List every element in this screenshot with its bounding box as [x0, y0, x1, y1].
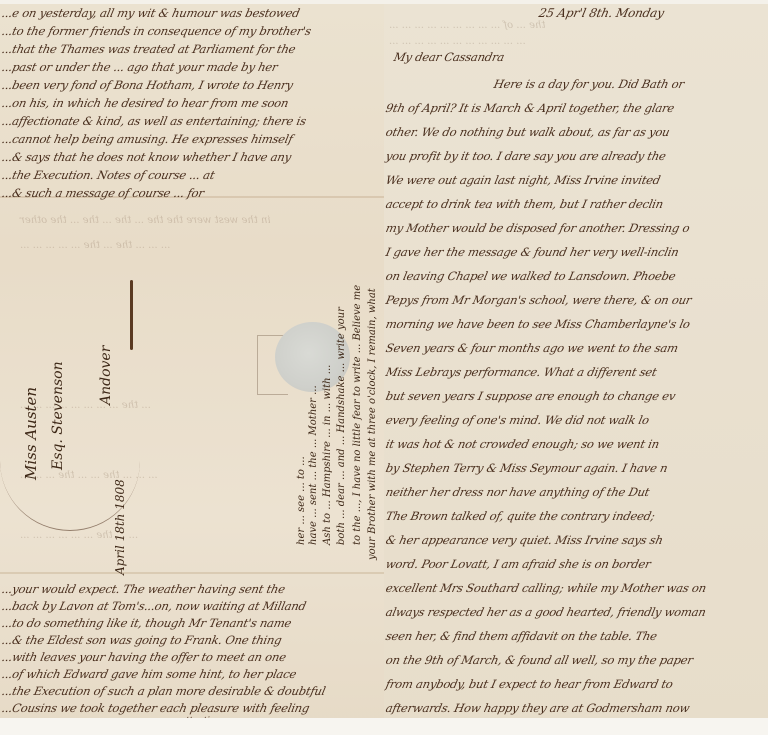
text-line: you profit by it too. I dare say you are…: [385, 149, 668, 163]
text-line: other. We do nothing but walk about, as …: [385, 125, 671, 139]
text-line: but seven years I suppose are enough to …: [385, 389, 677, 403]
cross-written-line: have ... sent ... the ... Mother ...: [308, 385, 319, 545]
bleed-through-text: in the west were the the ... the ... the…: [20, 215, 271, 226]
text-line: accept to drink tea with them, but I rat…: [385, 197, 665, 211]
text-line: ...the Execution. Notes of course ... at: [1, 168, 216, 182]
text-line: seen her, & find them affidavit on the t…: [385, 629, 659, 643]
fold-line: [0, 572, 386, 574]
cross-written-line: both ... dear ... and ... Handshake ... …: [336, 307, 347, 545]
text-line: my Mother would be disposed for another.…: [385, 221, 691, 235]
address-line-3: Andover: [98, 346, 114, 405]
text-line: ...on his, in which he desired to hear f…: [1, 96, 290, 110]
cross-written-line: Ash to ... Hampshire ... in ... with ...: [322, 365, 333, 545]
text-line: Pepys from Mr Morgan's school, were ther…: [385, 293, 693, 307]
text-line: Seven years & four months ago we went to…: [385, 341, 680, 355]
text-line: ...Cousins we took together each pleasur…: [1, 701, 311, 715]
text-line: ...your would expect. The weather having…: [1, 582, 287, 596]
text-line: ...& the Eldest son was going to Frank. …: [1, 633, 283, 647]
bleed-through-text: ... ... ... the ... the ... ... ... ... …: [20, 240, 170, 251]
text-line: neither her dress nor have anything of t…: [385, 485, 651, 499]
left-page: in the west were the the ... the ... the…: [0, 0, 386, 735]
text-line: ...of which Edward gave him some hint, t…: [1, 667, 298, 681]
text-line: ...that the Thames was treated at Parlia…: [1, 42, 297, 56]
text-line: ...with leaves your having the offer to …: [1, 650, 288, 664]
text-line: every feeling of one's mind. We did not …: [385, 413, 651, 427]
text-line: ...to the former friends in consequence …: [1, 24, 313, 38]
text-line: on the 9th of March, & found all well, s…: [385, 653, 695, 667]
letter-scan: in the west were the the ... the ... the…: [0, 0, 768, 735]
cross-written-line: to the ..., I have no little fear to wri…: [352, 285, 363, 545]
text-line: ...cannot help being amusing. He express…: [1, 132, 295, 146]
text-line: ...& says that he does not know whether …: [1, 150, 293, 164]
text-line: by Stephen Terry & Miss Seymour again. I…: [385, 461, 669, 475]
cross-written-line: your Brother with me at three o'clock, I…: [367, 288, 378, 560]
text-line: The Brown talked of, quite the contrary …: [385, 509, 657, 523]
text-line: & her appearance very quiet. Miss Irvine…: [385, 533, 665, 547]
text-line: ...the Execution of such a plan more des…: [1, 684, 327, 698]
text-line: Miss Lebrays performance. What a differe…: [385, 365, 659, 379]
text-line: from anybody, but I expect to hear from …: [385, 677, 675, 691]
text-line: ...to do something like it, though Mr Te…: [1, 616, 293, 630]
text-line: on leaving Chapel we walked to Lansdown.…: [385, 269, 677, 283]
text-line: afterwards. How happy they are at Godmer…: [385, 701, 691, 715]
address-line-2: Esq. Stevenson: [50, 361, 66, 470]
letter-date-heading: 25 Apr'l 8th. Monday: [538, 6, 666, 20]
text-line: morning we have been to see Miss Chamber…: [385, 317, 692, 331]
text-line: ...been very fond of Bona Hotham, I wrot…: [1, 78, 295, 92]
salutation: My dear Cassandra: [393, 50, 506, 64]
cross-written-line: her ... see ... to ...: [296, 456, 307, 545]
text-line: excellent Mrs Southard calling; while my…: [385, 581, 708, 595]
text-line: ...affectionate & kind, as well as enter…: [1, 114, 308, 128]
right-page: the ... of ... ... ... ... ... ... ... .…: [384, 0, 768, 735]
text-line: it was hot & not crowded enough; so we w…: [385, 437, 661, 451]
text-line: always respected her as a good hearted, …: [385, 605, 708, 619]
bleed-through-text: ... ... ... ... ... ... ... ... ... ... …: [389, 36, 526, 47]
text-line: ...& such a message of course ... for: [1, 186, 206, 200]
scan-bottom-margin: [0, 718, 768, 735]
bleed-through-text: the ... of ... ... ... ... ... ... ... .…: [389, 20, 545, 31]
text-line: We were out again last night, Miss Irvin…: [385, 173, 662, 187]
text-line: word. Poor Lovatt, I am afraid she is on…: [385, 557, 652, 571]
text-line: I gave her the message & found her very …: [385, 245, 681, 259]
underline-stroke: [130, 280, 133, 350]
text-line: ...e on yesterday, all my wit & humour w…: [1, 6, 302, 20]
text-line: 9th of April? It is March & April togeth…: [385, 101, 676, 115]
scan-top-margin: [0, 0, 768, 4]
text-line: ...past or under the ... ago that your m…: [1, 60, 279, 74]
text-line: ...back by Lavon at Tom's...on, now wait…: [1, 599, 308, 613]
text-line: Here is a day for you. Did Bath or: [493, 77, 686, 91]
